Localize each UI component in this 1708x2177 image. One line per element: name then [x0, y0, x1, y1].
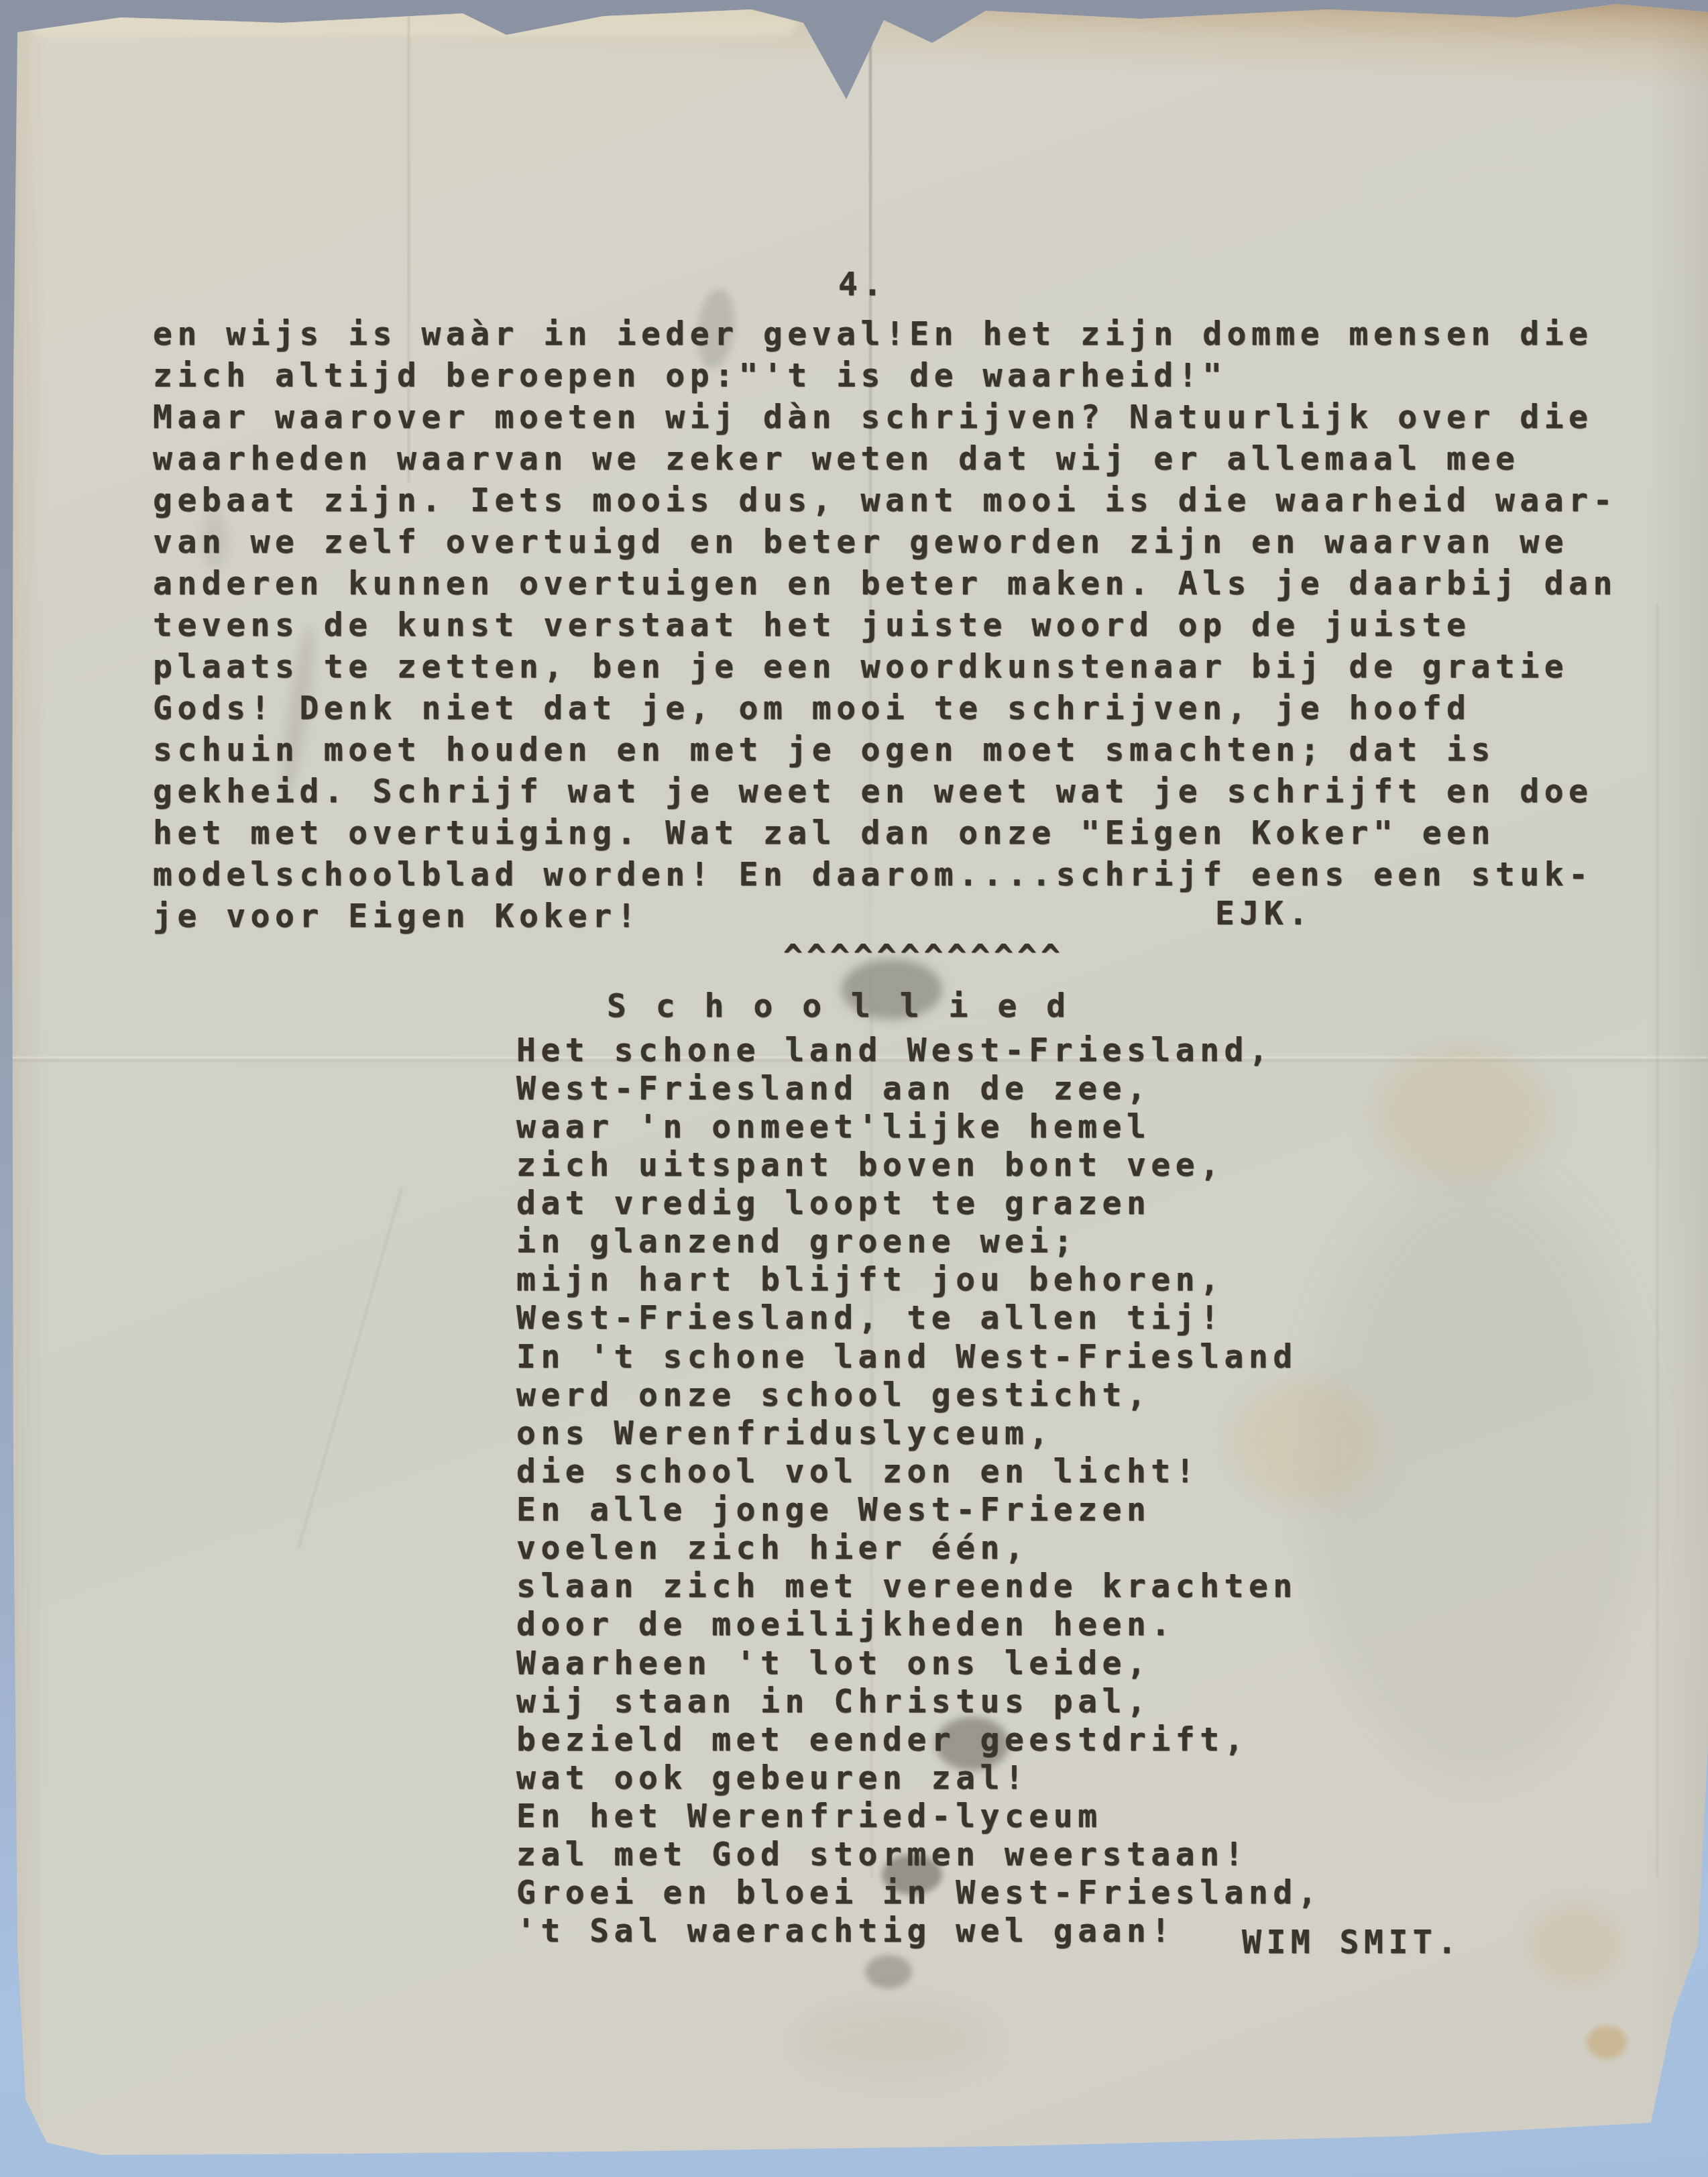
- text-line: schuin moet houden en met je ogen moet s…: [153, 731, 1495, 769]
- poem-line: wat ook gebeuren zal!: [516, 1759, 1029, 1797]
- text-line: gekheid. Schrijf wat je weet en weet wat…: [153, 773, 1593, 810]
- text-line: modelschoolblad worden! En daarom....sch…: [153, 856, 1593, 893]
- paper-sheet: 4. en wijs is waàr in ieder geval!En het…: [0, 0, 1708, 2177]
- poem-author: WIM SMIT.: [1242, 1923, 1462, 1961]
- text-line: en wijs is waàr in ieder geval!En het zi…: [153, 315, 1593, 353]
- text-line: het met overtuiging. Wat zal dan onze "E…: [153, 814, 1495, 852]
- poem-line: Het schone land West-Friesland,: [516, 1031, 1273, 1069]
- text-line: je voor Eigen Koker!: [153, 897, 641, 935]
- text-line: van we zelf overtuigd en beter geworden …: [153, 523, 1569, 561]
- poem-line: ons Werenfriduslyceum,: [516, 1414, 1054, 1452]
- poem-line: bezield met eender geestdrift,: [516, 1721, 1249, 1759]
- age-stain: [791, 1999, 992, 2079]
- text-line: anderen kunnen overtuigen en beter maken…: [153, 565, 1617, 602]
- age-stain: [1234, 1382, 1381, 1502]
- poem-line: En het Werenfried-lyceum: [516, 1797, 1102, 1835]
- poem-line: mijn hart blijft jou behoren,: [516, 1261, 1225, 1298]
- poem-line: waar 'n onmeet'lijke hemel: [516, 1108, 1151, 1146]
- text-line: plaats te zetten, ben je een woordkunste…: [153, 648, 1569, 685]
- poem-line: West-Friesland, te allen tij!: [516, 1299, 1225, 1337]
- poem-line: En alle jonge West-Friezen: [516, 1491, 1151, 1528]
- text-line: gebaat zijn. Iets moois dus, want mooi i…: [153, 482, 1617, 519]
- editor-initials: EJK.: [1215, 895, 1313, 932]
- age-stain: [1375, 1046, 1549, 1180]
- poem-line: dat vredig loopt te grazen: [516, 1184, 1151, 1222]
- poem-line: zich uitspant boven bont vee,: [516, 1146, 1225, 1184]
- page-number: 4.: [838, 266, 887, 303]
- poem-line: werd onze school gesticht,: [516, 1376, 1151, 1414]
- text-line: zich altijd beroepen op:"'t is de waarhe…: [153, 357, 1227, 394]
- ink-smudge: [865, 1955, 912, 1989]
- text-line: tevens de kunst verstaat het juiste woor…: [153, 606, 1471, 644]
- poem-line: West-Friesland aan de zee,: [516, 1070, 1151, 1107]
- text-line: Gods! Denk niet dat je, om mooi te schri…: [153, 689, 1471, 727]
- poem-title: S c h o o l l i e d: [607, 987, 1071, 1025]
- poem-line: zal met God stormen weerstaan!: [516, 1836, 1249, 1873]
- poem-line: voelen zich hier één,: [516, 1529, 1029, 1567]
- poem-line: Groei en bloei in West-Friesland,: [516, 1874, 1322, 1911]
- scanned-page-photo: 4. en wijs is waàr in ieder geval!En het…: [0, 0, 1708, 2177]
- poem-line: 't Sal waerachtig wel gaan!: [516, 1912, 1176, 1950]
- poem-line: slaan zich met vereende krachten: [516, 1567, 1298, 1605]
- vertical-crease-right: [1656, 604, 1658, 1878]
- poem-line: Waarheen 't lot ons leide,: [516, 1644, 1151, 1682]
- poem-line: wij staan in Christus pal,: [516, 1683, 1151, 1720]
- diagonal-crease: [297, 1187, 403, 1549]
- caret-divider: ^^^^^^^^^^^^: [783, 938, 1064, 975]
- age-stain: [1529, 1905, 1623, 1985]
- age-stain: [1587, 2025, 1627, 2059]
- bleed-through-patch: [1308, 1174, 1643, 1777]
- poem-line: door de moeilijkheden heen.: [516, 1606, 1176, 1643]
- top-fold-highlight: [27, 0, 798, 37]
- text-line: Maar waarover moeten wij dàn schrijven? …: [153, 398, 1593, 436]
- poem-line: in glanzend groene wei;: [516, 1223, 1078, 1260]
- poem-line: die school vol zon en licht!: [516, 1453, 1200, 1490]
- poem-line: In 't schone land West-Friesland: [516, 1338, 1298, 1376]
- text-line: waarheden waarvan we zeker weten dat wij…: [153, 440, 1520, 478]
